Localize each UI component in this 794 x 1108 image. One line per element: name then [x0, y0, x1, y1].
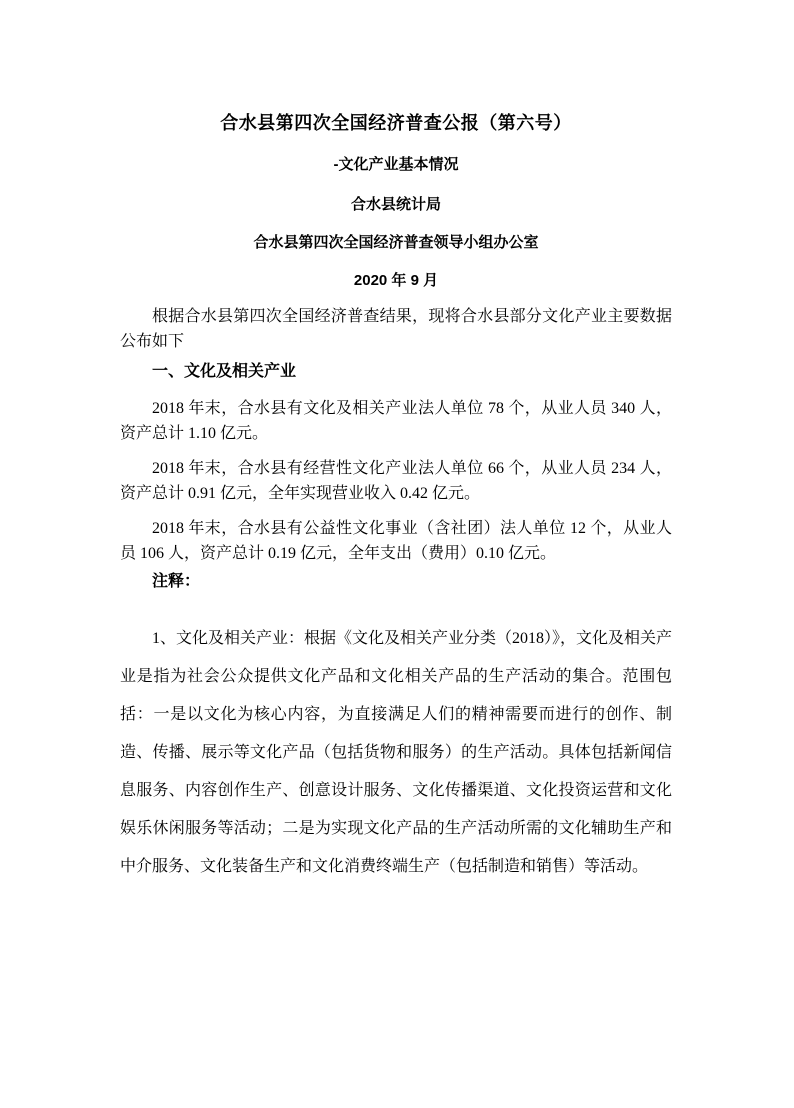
- document-subtitle: -文化产业基本情况: [120, 154, 672, 176]
- statistic-paragraph-commercial-culture: 2018 年末，合水县有经营性文化产业法人单位 66 个，从业人员 234 人，…: [120, 456, 672, 506]
- section-1-heading: 一、文化及相关产业: [120, 362, 672, 382]
- note-item-definition: 1、文化及相关产业：根据《文化及相关产业分类（2018）》，文化及相关产业是指为…: [120, 620, 672, 886]
- document-page: 合水县第四次全国经济普查公报（第六号） -文化产业基本情况 合水县统计局 合水县…: [0, 0, 794, 1108]
- notes-heading: 注释：: [120, 572, 672, 592]
- statistic-paragraph-public-welfare-culture: 2018 年末，合水县有公益性文化事业（含社团）法人单位 12 个，从业人员 1…: [120, 516, 672, 566]
- intro-paragraph: 根据合水县第四次全国经济普查结果，现将合水县部分文化产业主要数据公布如下: [120, 304, 672, 354]
- document-title: 合水县第四次全国经济普查公报（第六号）: [120, 110, 672, 136]
- issuing-agency-census-leading-group-office: 合水县第四次全国经济普查领导小组办公室: [120, 232, 672, 254]
- issuing-agency-statistics-bureau: 合水县统计局: [120, 194, 672, 216]
- publish-date: 2020 年 9 月: [120, 270, 672, 292]
- statistic-paragraph-culture-industry: 2018 年末，合水县有文化及相关产业法人单位 78 个，从业人员 340 人，…: [120, 396, 672, 446]
